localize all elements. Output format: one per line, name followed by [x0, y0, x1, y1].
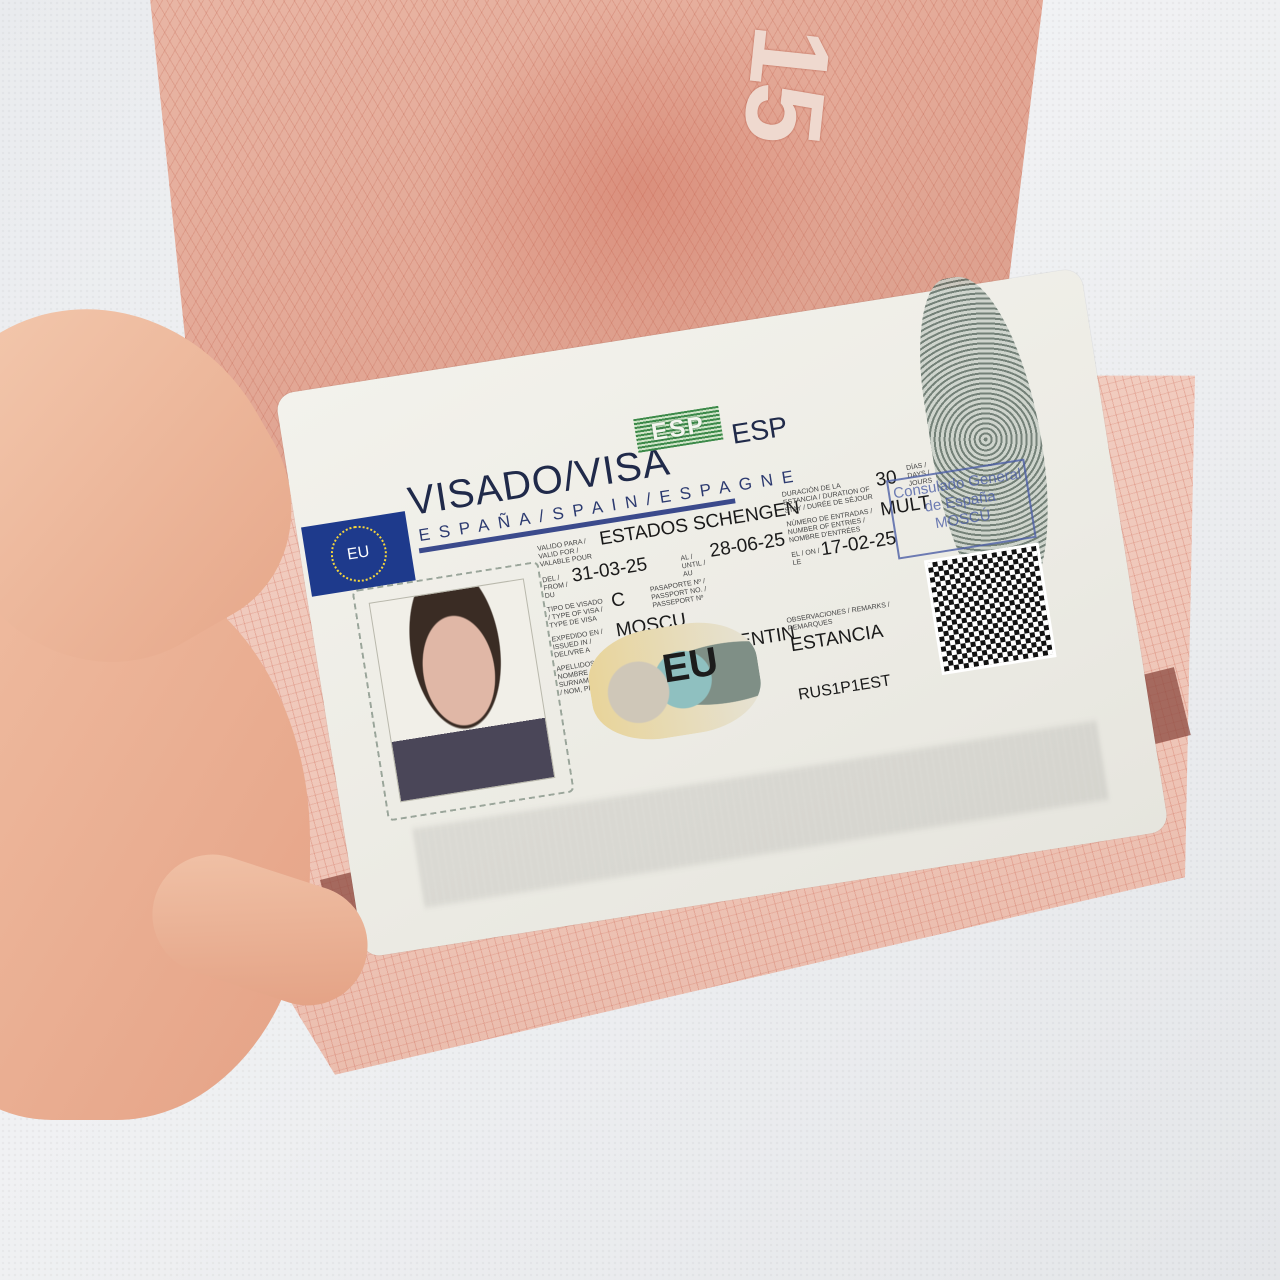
label-until: AL / UNTIL / AU — [680, 551, 711, 579]
2d-barcode — [924, 542, 1057, 675]
label-issued-on: EL / ON / LE — [791, 548, 823, 568]
esp-seal: ESP — [633, 406, 723, 453]
holder-photo — [369, 578, 556, 802]
issuing-state-code: ESP — [729, 410, 789, 450]
label-passport-no: PASAPORTE Nº / PASSPORT No. / PASSEPORT … — [650, 577, 713, 610]
page-number-right: 15 — [718, 20, 856, 147]
value-type: C — [610, 589, 627, 613]
label-from: DEL / FROM / DU — [542, 573, 573, 601]
value-until: 28-06-25 — [708, 529, 787, 563]
label-type: TIPO DE VISADO / TYPE OF VISA / TYPE DE … — [547, 598, 610, 631]
value-code: RUS1P1EST — [797, 672, 892, 704]
eu-stars-icon — [326, 522, 390, 586]
hologram-eu-text: EU — [659, 639, 721, 692]
